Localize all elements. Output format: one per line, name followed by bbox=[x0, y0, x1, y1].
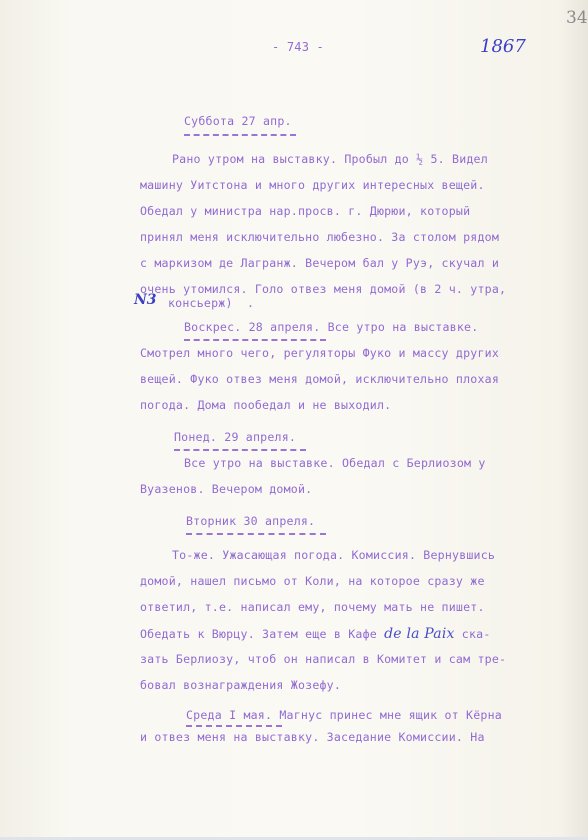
heading-underline bbox=[186, 533, 326, 535]
entry-heading-sun: Воскрес. 28 апреля. Все утро на выставке… bbox=[184, 320, 478, 334]
entry-heading-wed: Среда I мая. Магнус принес мне ящик от К… bbox=[186, 708, 502, 722]
entry-line: То-же. Ужасающая погода. Комиссия. Верну… bbox=[172, 548, 495, 562]
heading-rest: Магнус принес мне ящик от Кёрна bbox=[272, 708, 502, 722]
entry-line: Смотрел много чего, регуляторы Фуко и ма… bbox=[140, 346, 499, 360]
entry-line: Вуазенов. Вечером домой. bbox=[140, 482, 312, 496]
entry-line: Обедал у министра нар.просв. г. Дюрюи, к… bbox=[140, 204, 470, 218]
entry-line: и отвез меня на выставку. Заседание Коми… bbox=[140, 730, 485, 744]
entry-line: Обедать к Вюрцу. Затем еще в Кафе de la … bbox=[140, 626, 491, 642]
entry-line: с маркизом де Лагранж. Вечером бал у Руэ… bbox=[140, 256, 499, 270]
heading-text: Среда I мая. bbox=[186, 708, 272, 722]
heading-rest: Все утро на выставке. bbox=[320, 320, 478, 334]
entry-line: вещей. Фуко отвез меня домой, исключител… bbox=[140, 372, 499, 386]
entry-line: зать Берлиозу, чтоб он написал в Комитет… bbox=[140, 652, 506, 666]
entry-line: принял меня исключительно любезно. За ст… bbox=[140, 230, 499, 244]
page-number: - 743 - bbox=[272, 40, 324, 54]
heading-text: Воскрес. 28 апреля. bbox=[184, 320, 320, 334]
entry-heading-tue: Вторник 30 апреля. bbox=[186, 514, 315, 528]
entry-line: погода. Дома пообедал и не выходил. bbox=[140, 398, 391, 412]
folio-number: 34 bbox=[566, 8, 588, 28]
margin-mark: N3 bbox=[134, 292, 157, 308]
heading-underline bbox=[174, 449, 306, 451]
heading-underline bbox=[186, 725, 282, 727]
entry-line: очень утомился. Голо отвез меня домой (в… bbox=[140, 282, 506, 296]
entry-line: Рано утром на выставку. Пробыл до ½ 5. В… bbox=[172, 152, 488, 166]
heading-underline bbox=[184, 134, 296, 136]
entry-line: Все утро на выставке. Обедал с Берлиозом… bbox=[184, 456, 486, 470]
handwritten-insert: de la Paix bbox=[384, 626, 454, 642]
entry-heading-sat: Суббота 27 апр. bbox=[184, 114, 292, 128]
line-tail: ска- bbox=[455, 627, 491, 641]
entry-line: машину Уитстона и много других интересны… bbox=[140, 178, 485, 192]
entry-line: бовал вознаграждения Жозефу. bbox=[140, 678, 341, 692]
entry-line: домой, нашел письмо от Коли, на которое … bbox=[140, 574, 485, 588]
line-text: Обедать к Вюрцу. Затем еще в Кафе bbox=[140, 627, 377, 641]
entry-line: консьерж) . bbox=[168, 296, 254, 310]
entry-line: ответил, т.е. написал ему, почему мать н… bbox=[140, 600, 485, 614]
entry-heading-mon: Понед. 29 апреля. bbox=[174, 430, 296, 444]
heading-underline bbox=[184, 339, 326, 341]
handwritten-year: 1867 bbox=[480, 36, 526, 57]
